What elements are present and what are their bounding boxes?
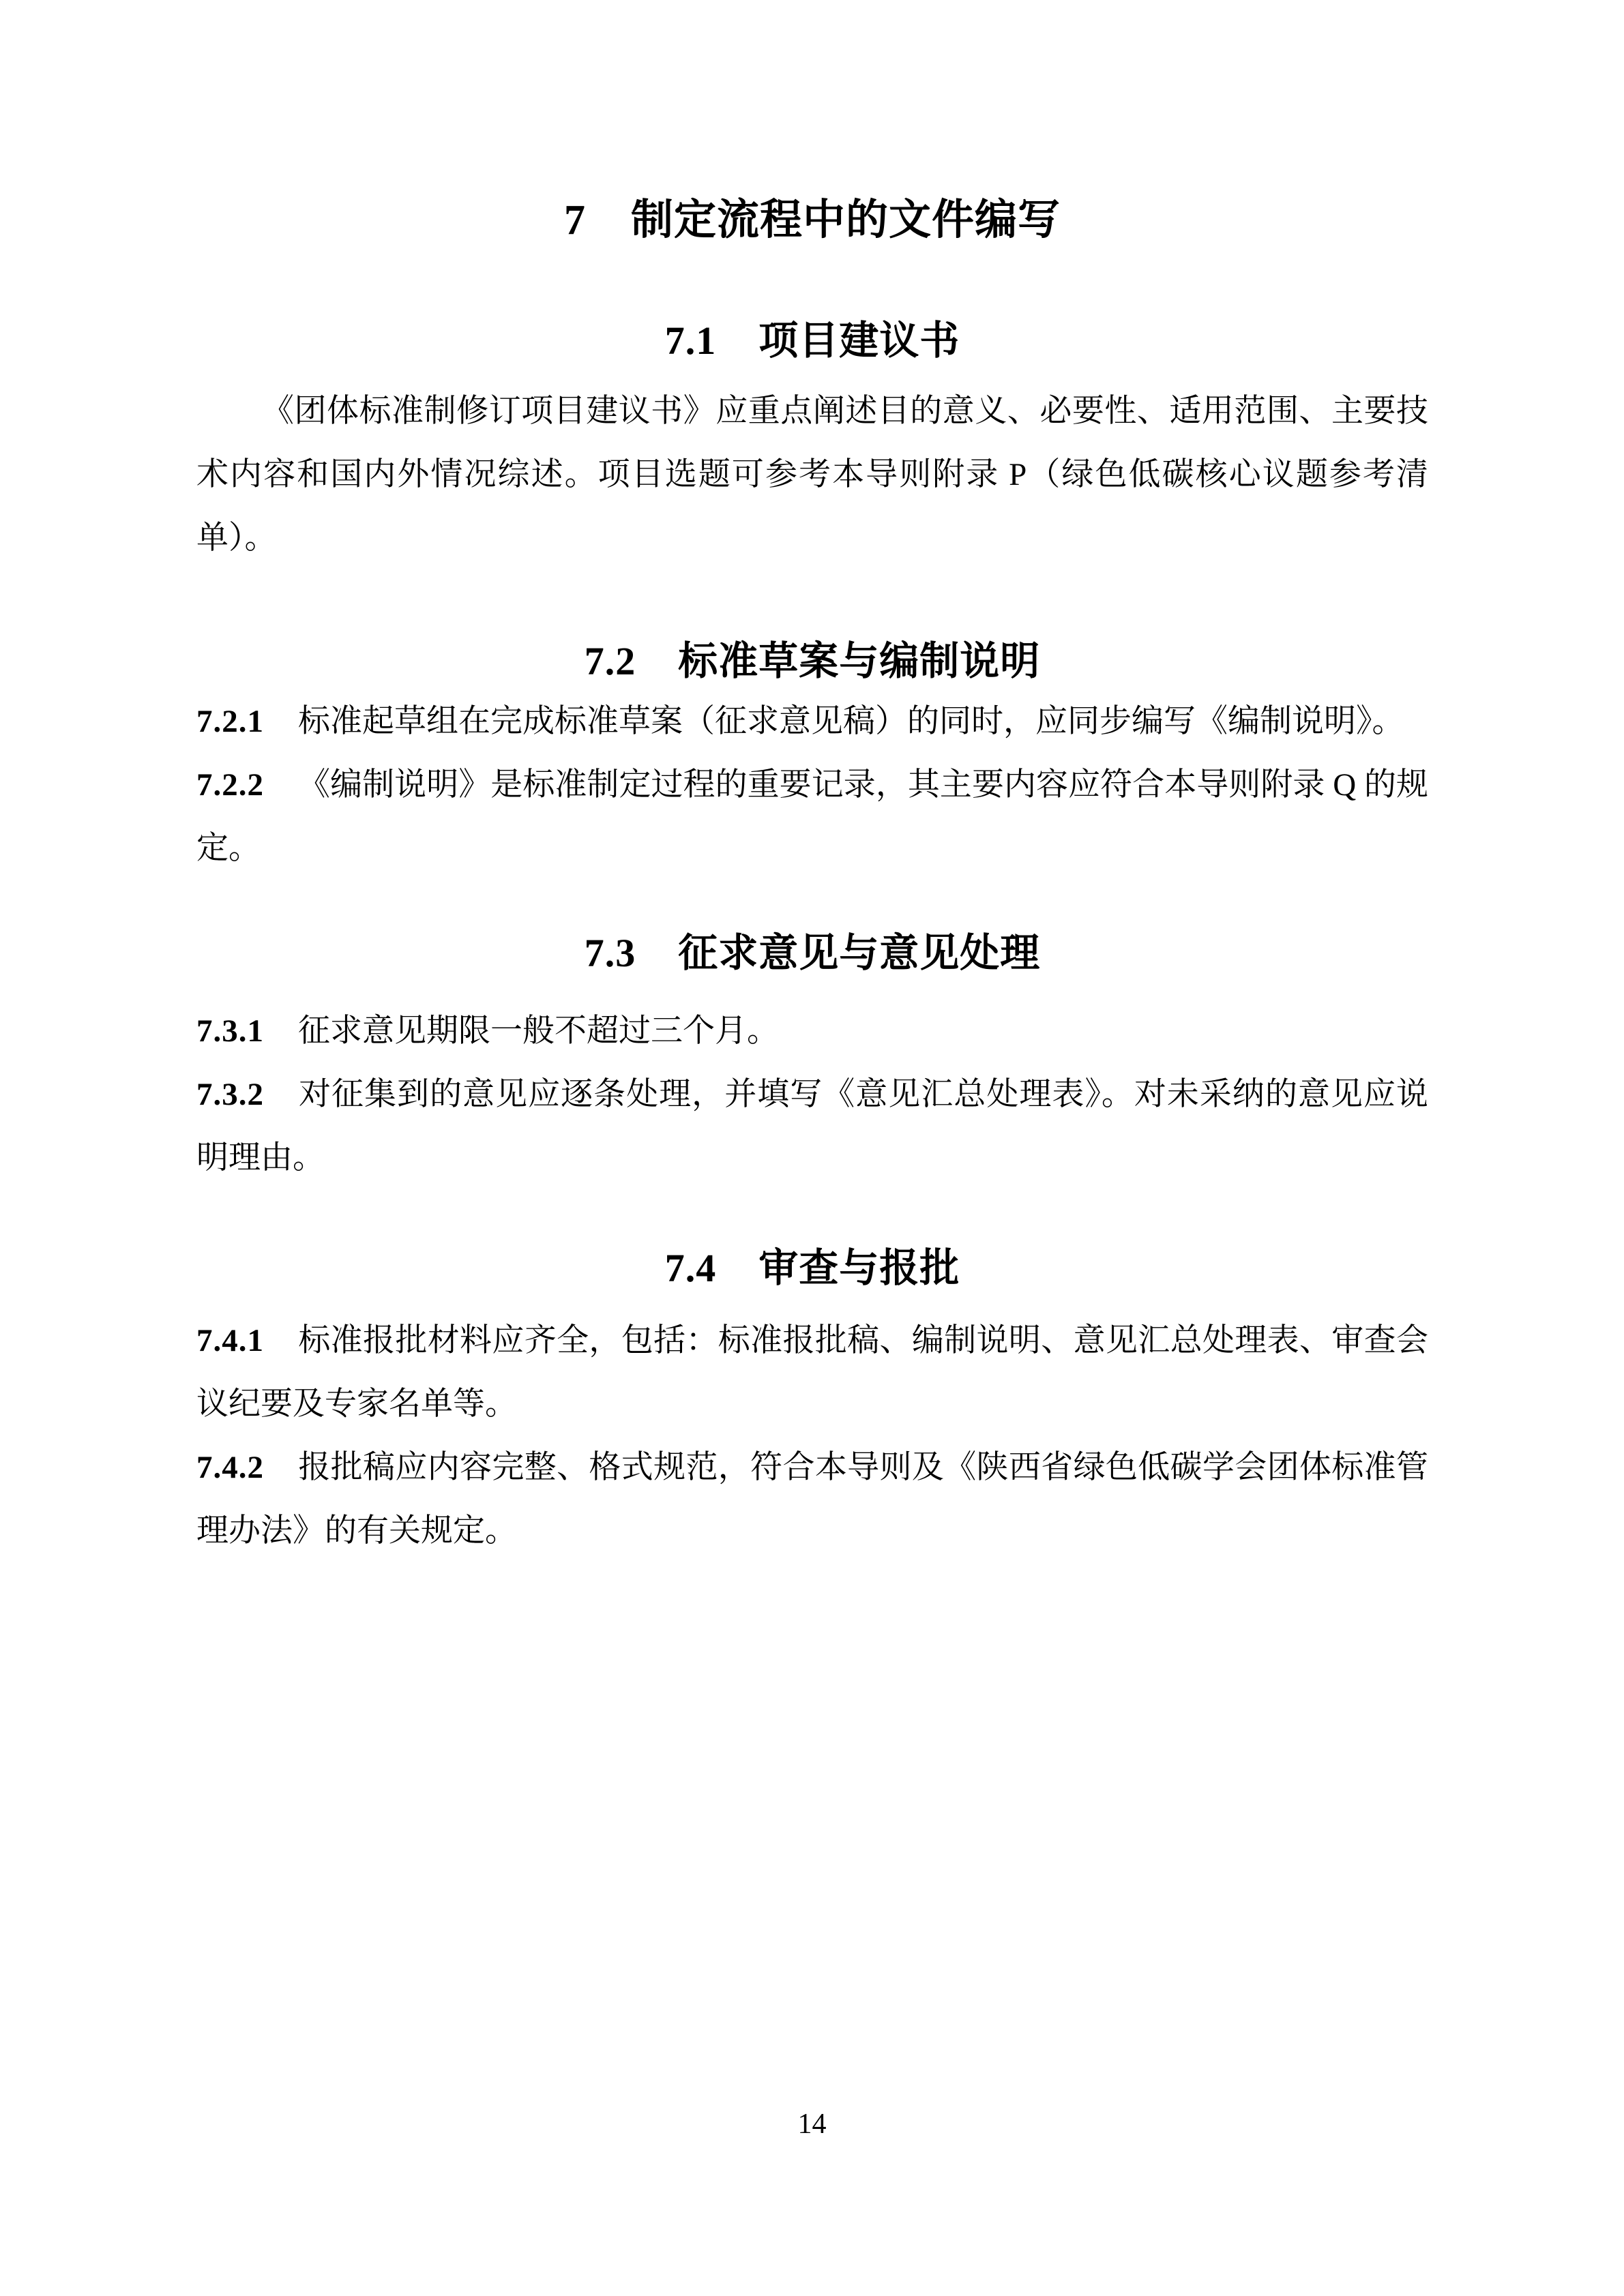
section-title-7-2: 标准草案与编制说明 xyxy=(678,639,1040,683)
paragraph-number: 7.2.1 xyxy=(196,704,264,739)
paragraph-number: 7.4.2 xyxy=(196,1450,264,1485)
section-heading-7-2: 7.2标准草案与编制说明 xyxy=(196,637,1428,686)
paragraph-number: 7.3.1 xyxy=(196,1013,264,1049)
page-content: 7制定流程中的文件编写 7.1项目建议书 《团体标准制修订项目建议书》应重点阐述… xyxy=(0,193,1624,1563)
chapter-number: 7 xyxy=(564,197,586,243)
section-heading-7-1: 7.1项目建议书 xyxy=(196,316,1428,366)
section-title-7-1: 项目建议书 xyxy=(758,318,960,363)
paragraph-text: 标准报批材料应齐全，包括：标准报批稿、编制说明、意见汇总处理表、审查会议纪要及专… xyxy=(196,1323,1428,1422)
section-number-7-3: 7.3 xyxy=(585,931,636,975)
paragraph-text: 《编制说明》是标准制定过程的重要记录，其主要内容应符合本导则附录 Q 的规定。 xyxy=(196,767,1428,866)
section-number-7-2: 7.2 xyxy=(585,639,636,683)
chapter-heading: 7制定流程中的文件编写 xyxy=(196,193,1428,248)
paragraph-7-1: 《团体标准制修订项目建议书》应重点阐述目的意义、必要性、适用范围、主要技术内容和… xyxy=(196,380,1428,570)
chapter-title: 制定流程中的文件编写 xyxy=(631,196,1061,243)
section-number-7-4: 7.4 xyxy=(665,1246,717,1290)
section-heading-7-3: 7.3征求意见与意见处理 xyxy=(196,929,1428,978)
paragraph-7-3-2: 7.3.2对征集到的意见应逐条处理，并填写《意见汇总处理表》。对未采纳的意见应说… xyxy=(196,1063,1428,1190)
paragraph-text: 征求意见期限一般不超过三个月。 xyxy=(298,1013,779,1049)
page-number: 14 xyxy=(0,2111,1624,2138)
paragraph-text: 《团体标准制修订项目建议书》应重点阐述目的意义、必要性、适用范围、主要技术内容和… xyxy=(196,393,1428,556)
paragraph-text: 报批稿应内容完整、格式规范，符合本导则及《陕西省绿色低碳学会团体标准管理办法》的… xyxy=(196,1450,1428,1549)
paragraph-text: 对征集到的意见应逐条处理，并填写《意见汇总处理表》。对未采纳的意见应说明理由。 xyxy=(196,1077,1428,1176)
paragraph-7-2-1: 7.2.1标准起草组在完成标准草案（征求意见稿）的同时，应同步编写《编制说明》。 xyxy=(196,690,1428,754)
paragraph-number: 7.4.1 xyxy=(196,1323,264,1358)
paragraph-7-4-2: 7.4.2报批稿应内容完整、格式规范，符合本导则及《陕西省绿色低碳学会团体标准管… xyxy=(196,1436,1428,1563)
section-heading-7-4: 7.4审查与报批 xyxy=(196,1244,1428,1293)
paragraph-7-4-1: 7.4.1标准报批材料应齐全，包括：标准报批稿、编制说明、意见汇总处理表、审查会… xyxy=(196,1309,1428,1436)
paragraph-number: 7.3.2 xyxy=(196,1077,264,1112)
section-title-7-4: 审查与报批 xyxy=(758,1246,960,1290)
section-number-7-1: 7.1 xyxy=(665,318,717,363)
paragraph-text: 标准起草组在完成标准草案（征求意见稿）的同时，应同步编写《编制说明》。 xyxy=(298,704,1404,739)
paragraph-number: 7.2.2 xyxy=(196,767,264,803)
document-page: 7制定流程中的文件编写 7.1项目建议书 《团体标准制修订项目建议书》应重点阐述… xyxy=(0,0,1624,2296)
section-title-7-3: 征求意见与意见处理 xyxy=(678,931,1040,975)
paragraph-7-2-2: 7.2.2《编制说明》是标准制定过程的重要记录，其主要内容应符合本导则附录 Q … xyxy=(196,754,1428,880)
paragraph-7-3-1: 7.3.1征求意见期限一般不超过三个月。 xyxy=(196,1000,1428,1063)
